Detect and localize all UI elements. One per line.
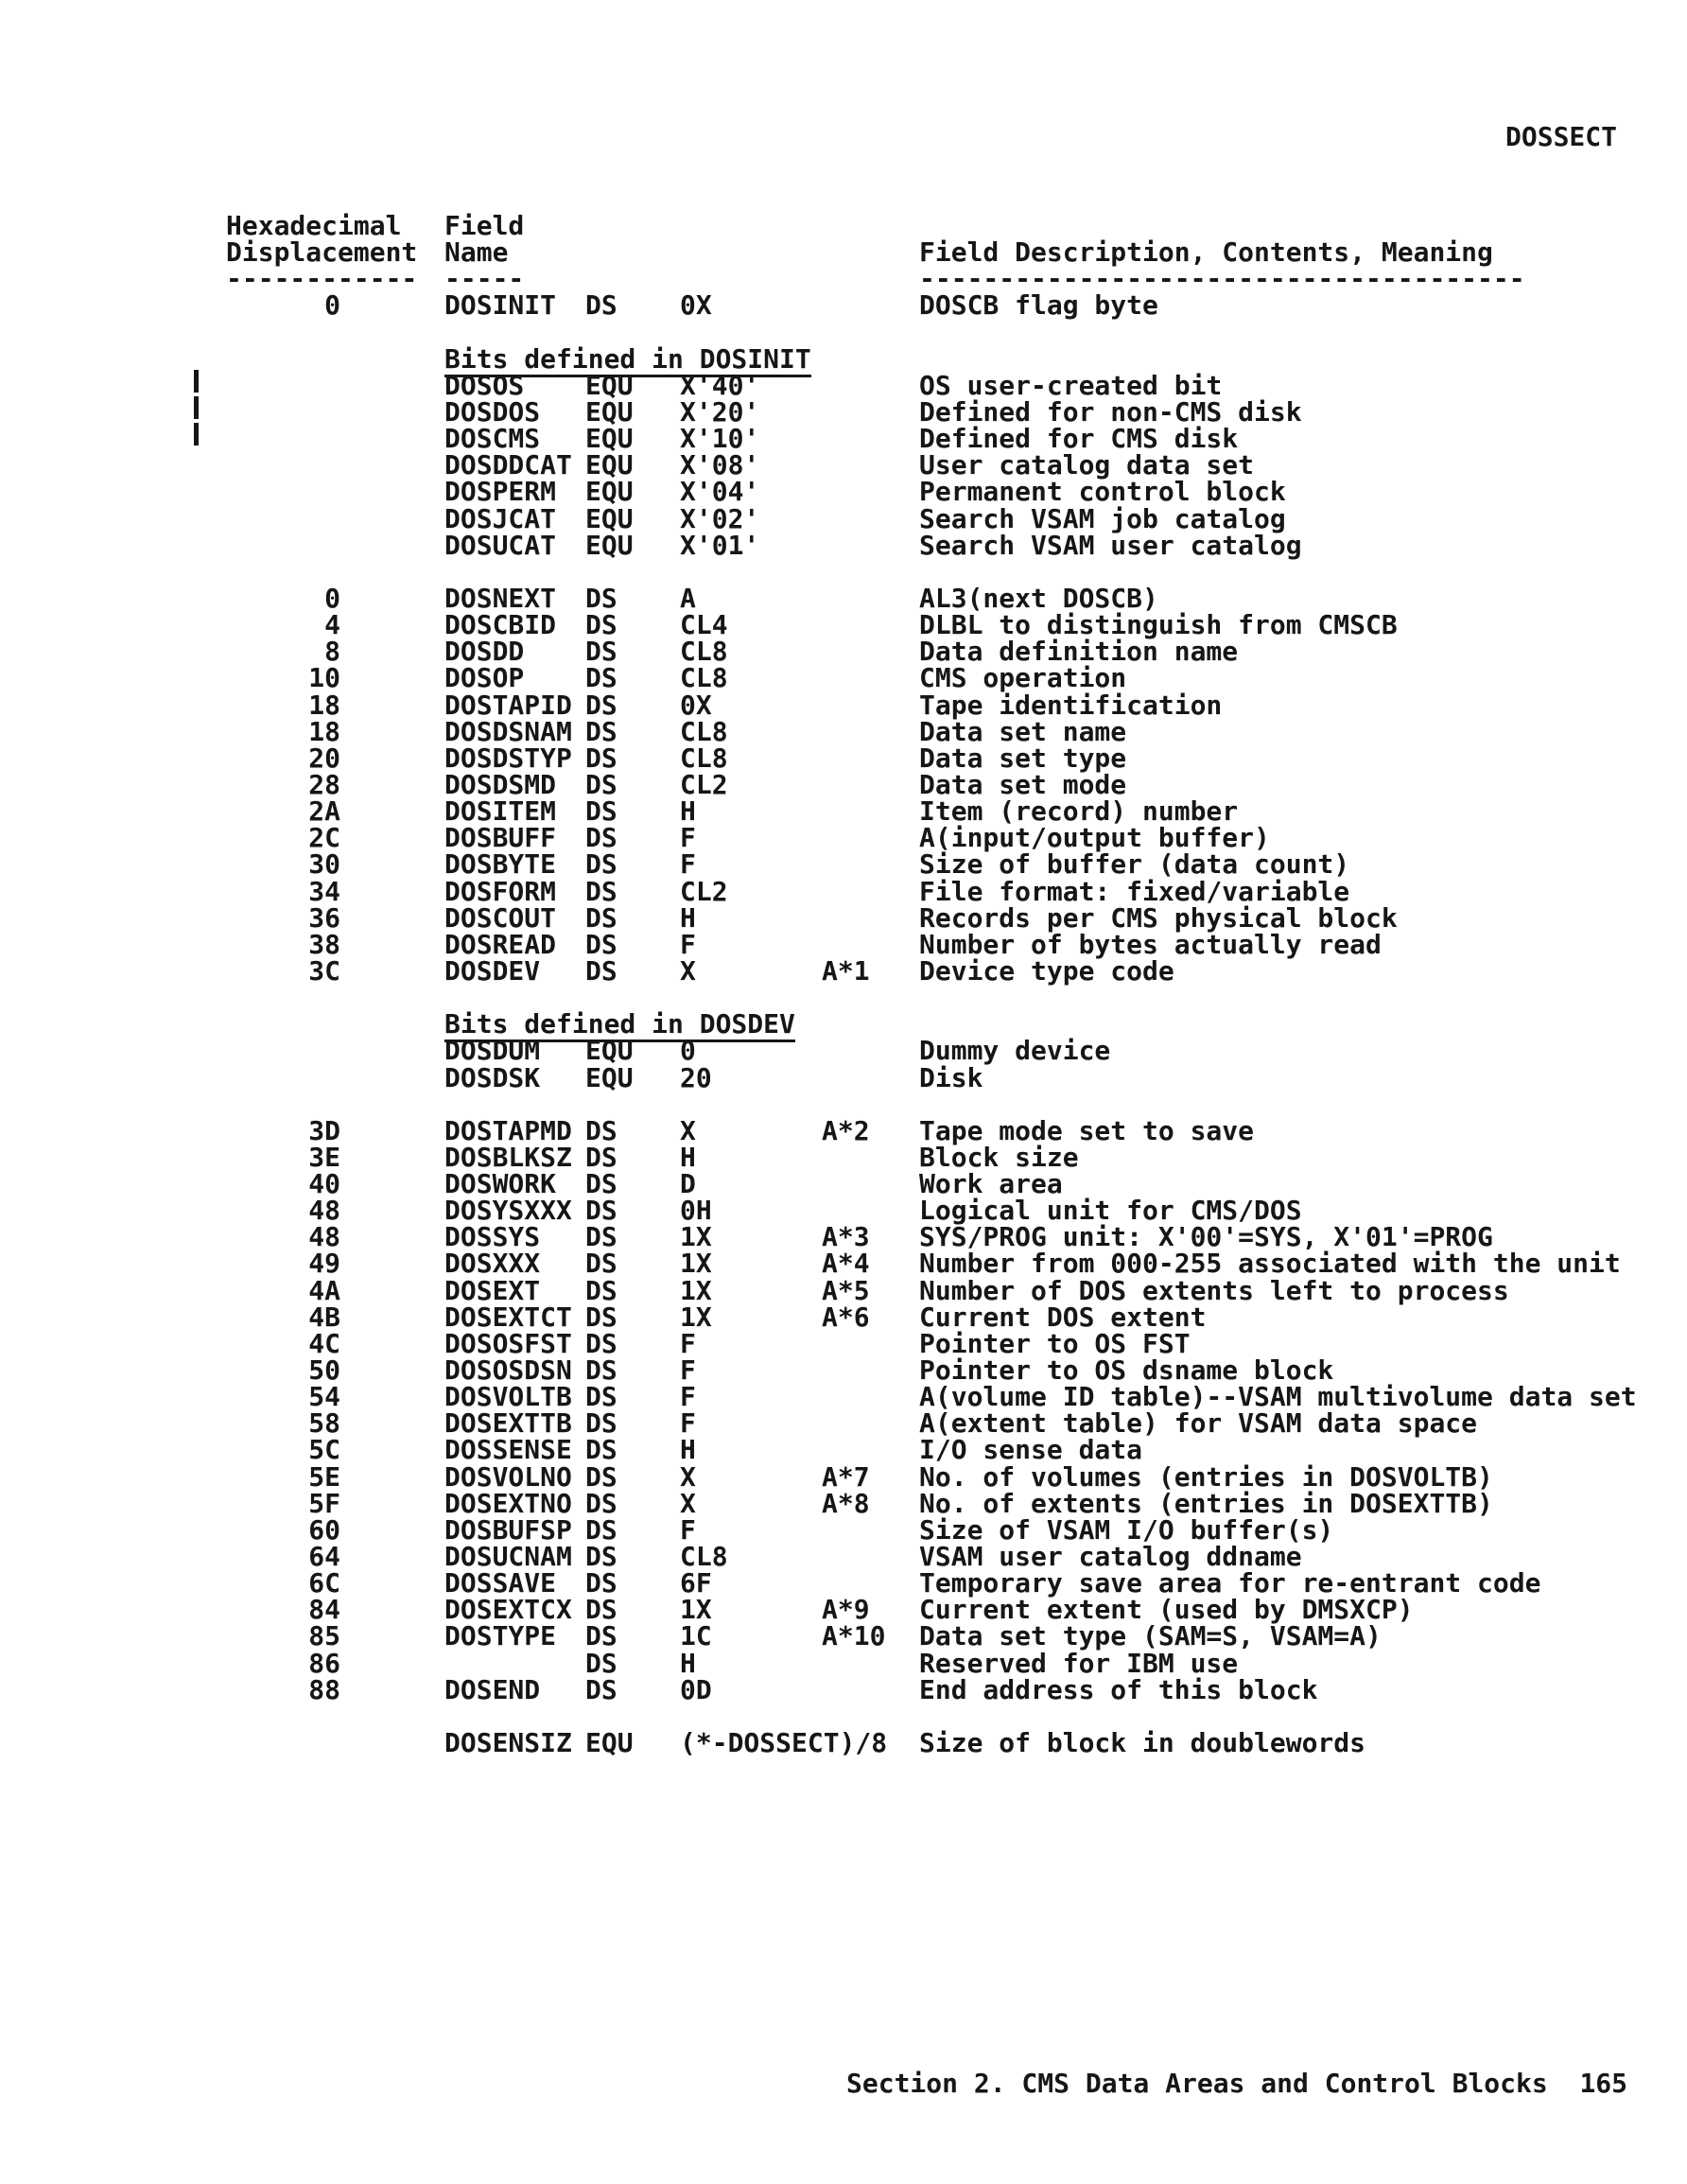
table-row: 10DOSOPDSCL8CMS operation (0, 662, 1687, 689)
table-row: 3EDOSBLKSZDSHBlock size (0, 1142, 1687, 1168)
table-row: 6CDOSSAVEDS6FTemporary save area for re-… (0, 1567, 1687, 1594)
field-table: Hexadecimal Field Displacement Name Fiel… (0, 210, 1687, 1754)
table-row: 85DOSTYPEDS1CA*10Data set type (SAM=S, V… (0, 1620, 1687, 1647)
spacer-row (0, 556, 1687, 583)
table-row: 4DOSCBIDDSCL4DLBL to distinguish from CM… (0, 609, 1687, 636)
table-header-rule-row: ------------ ----- ---------------------… (0, 263, 1687, 289)
table-row: 5FDOSEXTNODSXA*8No. of extents (entries … (0, 1488, 1687, 1514)
table-row: 30DOSBYTEDSFSize of buffer (data count) (0, 848, 1687, 875)
table-row: DOSDOSEQUX'20'Defined for non-CMS disk (0, 396, 1687, 423)
table-row: 0DOSINITDS0XDOSCB flag byte (0, 289, 1687, 316)
table-row: DOSDSKEQU20Disk (0, 1062, 1687, 1089)
table-row: 3CDOSDEVDSXA*1Device type code (0, 955, 1687, 982)
table-row: 3DDOSTAPMDDSXA*2Tape mode set to save (0, 1115, 1687, 1142)
table-row: 84DOSEXTCXDS1XA*9Current extent (used by… (0, 1594, 1687, 1620)
table-row: 58DOSEXTTBDSFA(extent table) for VSAM da… (0, 1407, 1687, 1434)
spacer-row (0, 982, 1687, 1008)
table-row: 4BDOSEXTCTDS1XA*6Current DOS extent (0, 1302, 1687, 1328)
table-header-row-1: Hexadecimal Field (0, 210, 1687, 236)
page-title: DOSSECT (1505, 121, 1617, 152)
table-row: DOSUCATEQUX'01'Search VSAM user catalog (0, 530, 1687, 556)
table-row: DOSDUMEQU0Dummy device (0, 1035, 1687, 1061)
table-row: 34DOSFORMDSCL2File format: fixed/variabl… (0, 876, 1687, 902)
table-row: 36DOSCOUTDSHRecords per CMS physical blo… (0, 902, 1687, 929)
table-row: DOSENSIZEQU(*-DOSSECT)/8Size of block in… (0, 1727, 1687, 1754)
table-row: DOSOSEQUX'40'OS user-created bit (0, 370, 1687, 396)
table-row: 4ADOSEXTDS1XA*5Number of DOS extents lef… (0, 1275, 1687, 1302)
table-row: 0DOSNEXTDSAAL3(next DOSCB) (0, 583, 1687, 609)
table-row: DOSJCATEQUX'02'Search VSAM job catalog (0, 503, 1687, 530)
table-row: 50DOSOSDSNDSFPointer to OS dsname block (0, 1354, 1687, 1381)
table-row: 28DOSDSMDDSCL2Data set mode (0, 769, 1687, 795)
change-bar (194, 423, 199, 446)
field-name-cell: DOSENSIZ (444, 1727, 572, 1758)
table-body: 0DOSINITDS0XDOSCB flag byteBits defined … (0, 289, 1687, 1754)
table-row: 88DOSENDDS0DEnd address of this block (0, 1674, 1687, 1701)
change-bar (194, 370, 199, 393)
spacer-row (0, 1701, 1687, 1727)
table-row: 54DOSVOLTBDSFA(volume ID table)--VSAM mu… (0, 1381, 1687, 1407)
table-row: 64DOSUCNAMDSCL8VSAM user catalog ddname (0, 1541, 1687, 1567)
table-row: 38DOSREADDSFNumber of bytes actually rea… (0, 929, 1687, 955)
table-row: 60DOSBUFSPDSFSize of VSAM I/O buffer(s) (0, 1514, 1687, 1541)
description-cell: Size of block in doublewords (919, 1727, 1365, 1758)
table-row: 48DOSYSXXXDS0HLogical unit for CMS/DOS (0, 1195, 1687, 1221)
operand-cell: (*-DOSSECT)/8 (680, 1727, 887, 1758)
table-row: 5EDOSVOLNODSXA*7No. of volumes (entries … (0, 1461, 1687, 1488)
table-row: DOSCMSEQUX'10'Defined for CMS disk (0, 423, 1687, 449)
change-bar (194, 396, 199, 419)
table-row: DOSPERMEQUX'04'Permanent control block (0, 476, 1687, 502)
op-cell: EQU (585, 1727, 634, 1758)
table-row: 18DOSDSNAMDSCL8Data set name (0, 716, 1687, 743)
section-heading-row: Bits defined in DOSDEV (0, 1008, 1687, 1035)
spacer-row (0, 317, 1687, 343)
table-row: 2ADOSITEMDSHItem (record) number (0, 795, 1687, 822)
table-row: 2CDOSBUFFDSFA(input/output buffer) (0, 822, 1687, 848)
spacer-row (0, 1089, 1687, 1115)
section-heading-row: Bits defined in DOSINIT (0, 343, 1687, 370)
table-row: 18DOSTAPIDDS0XTape identification (0, 690, 1687, 716)
page-footer: Section 2. CMS Data Areas and Control Bl… (846, 2068, 1627, 2099)
table-row: DOSDDCATEQUX'08'User catalog data set (0, 449, 1687, 476)
table-row: 86DSHReserved for IBM use (0, 1648, 1687, 1674)
table-row: 5CDOSSENSEDSHI/O sense data (0, 1434, 1687, 1460)
table-header-row-2: Displacement Name Field Description, Con… (0, 236, 1687, 263)
table-row: 20DOSDSTYPDSCL8Data set type (0, 743, 1687, 769)
table-row: 49DOSXXXDS1XA*4Number from 000-255 assoc… (0, 1248, 1687, 1274)
table-row: 48DOSSYSDS1XA*3SYS/PROG unit: X'00'=SYS,… (0, 1221, 1687, 1248)
table-row: 8DOSDDDSCL8Data definition name (0, 636, 1687, 662)
table-row: 40DOSWORKDSDWork area (0, 1168, 1687, 1195)
table-row: 4CDOSOSFSTDSFPointer to OS FST (0, 1328, 1687, 1354)
